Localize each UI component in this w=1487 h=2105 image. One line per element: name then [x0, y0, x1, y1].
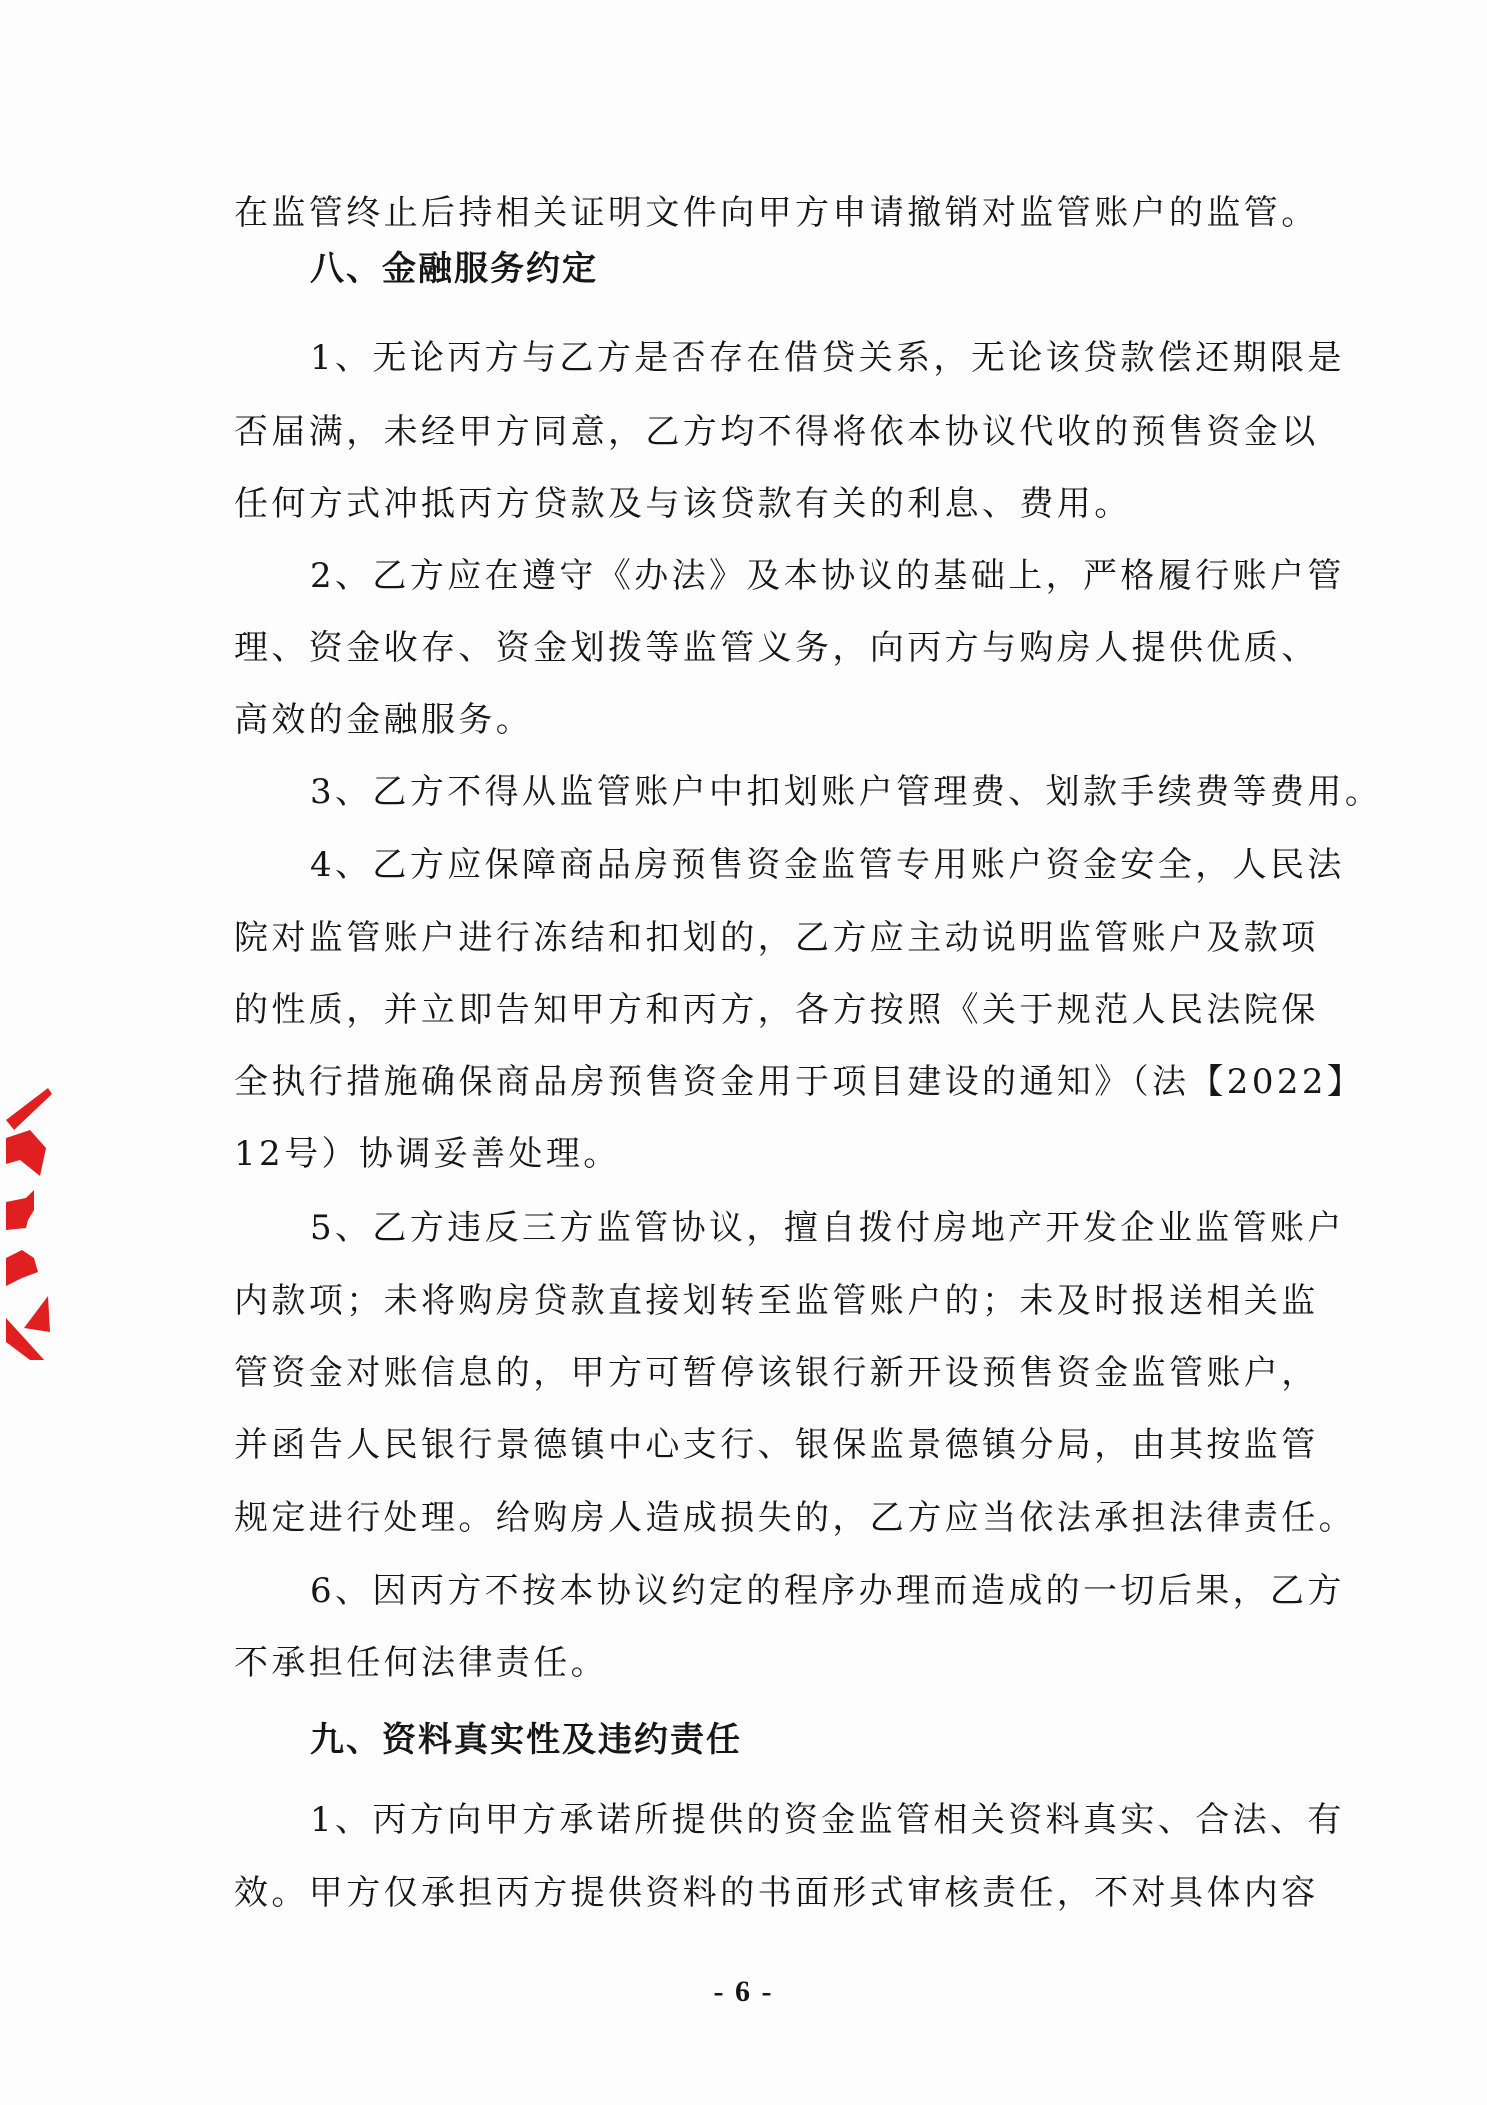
text-line: 12号）协调妥善处理。: [234, 1134, 1304, 1174]
section-heading-9: 九、资料真实性及违约责任: [310, 1720, 1304, 1760]
text-line: 高效的金融服务。: [234, 700, 1304, 740]
text-line: 在监管终止后持相关证明文件向甲方申请撤销对监管账户的监管。: [234, 193, 1304, 233]
text-line: 并函告人民银行景德镇中心支行、银保监景德镇分局，由其按监管: [234, 1425, 1304, 1465]
text-line: 不承担任何法律责任。: [234, 1643, 1304, 1683]
text-line: 规定进行处理。给购房人造成损失的，乙方应当依法承担法律责任。: [234, 1498, 1304, 1538]
text-line: 理、资金收存、资金划拨等监管义务，向丙方与购房人提供优质、: [234, 628, 1304, 668]
text-line: 全执行措施确保商品房预售资金用于项目建设的通知》（法【2022】: [234, 1062, 1304, 1102]
text-line: 5、乙方违反三方监管协议，擅自拨付房地产开发企业监管账户: [310, 1208, 1304, 1248]
text-line: 1、丙方向甲方承诺所提供的资金监管相关资料真实、合法、有: [310, 1800, 1304, 1840]
text-line: 效。甲方仅承担丙方提供资料的书面形式审核责任，不对具体内容: [234, 1873, 1304, 1913]
text-line: 管资金对账信息的，甲方可暂停该银行新开设预售资金监管账户，: [234, 1353, 1304, 1393]
section-heading-8: 八、金融服务约定: [310, 249, 1304, 289]
text-line: 院对监管账户进行冻结和扣划的，乙方应主动说明监管账户及款项: [234, 918, 1304, 958]
page-number: - 6 -: [0, 1975, 1487, 2009]
text-line: 2、乙方应在遵守《办法》及本协议的基础上，严格履行账户管: [310, 556, 1304, 596]
text-line: 内款项；未将购房贷款直接划转至监管账户的；未及时报送相关监: [234, 1281, 1304, 1321]
text-line: 的性质，并立即告知甲方和丙方，各方按照《关于规范人民法院保: [234, 990, 1304, 1030]
red-seal-stamp-icon: [0, 1080, 60, 1360]
text-line: 任何方式冲抵丙方贷款及与该贷款有关的利息、费用。: [234, 484, 1304, 524]
text-line: 6、因丙方不按本协议约定的程序办理而造成的一切后果，乙方: [310, 1571, 1304, 1611]
document-page: 在监管终止后持相关证明文件向甲方申请撤销对监管账户的监管。 八、金融服务约定 1…: [0, 0, 1487, 2105]
text-line: 1、无论丙方与乙方是否存在借贷关系，无论该贷款偿还期限是: [310, 338, 1304, 378]
text-line: 4、乙方应保障商品房预售资金监管专用账户资金安全，人民法: [310, 845, 1304, 885]
text-line: 3、乙方不得从监管账户中扣划账户管理费、划款手续费等费用。: [310, 772, 1304, 812]
text-line: 否届满，未经甲方同意，乙方均不得将依本协议代收的预售资金以: [234, 412, 1304, 452]
